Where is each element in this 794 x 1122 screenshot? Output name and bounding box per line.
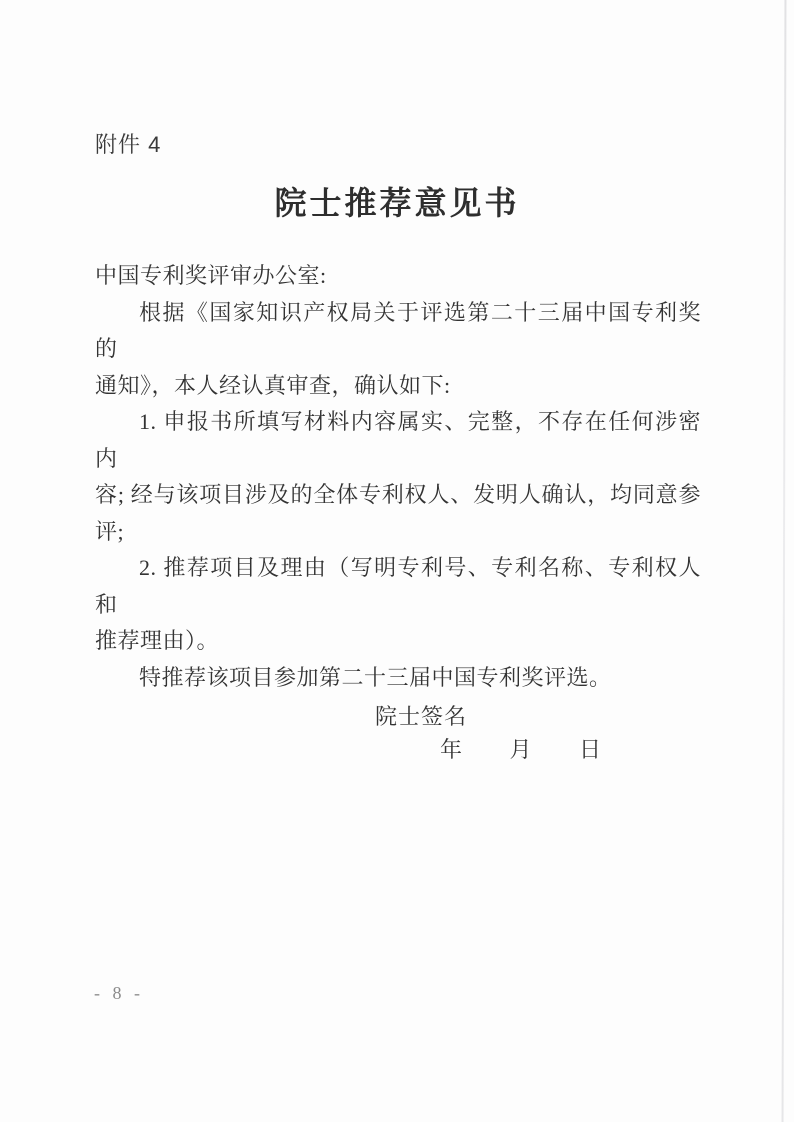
body-line: 评; — [95, 514, 701, 551]
academician-signature-label: 院士签名 — [375, 700, 467, 731]
date-line: 年 月 日 — [440, 733, 601, 764]
body-line: 特推荐该项目参加第二十三届中国专利奖评选。 — [95, 660, 701, 697]
document-body: 中国专利奖评审办公室: 根据《国家知识产权局关于评选第二十三届中国专利奖的 通知… — [95, 258, 701, 696]
scan-edge-artifact — [782, 0, 787, 1122]
day-label: 日 — [579, 733, 601, 764]
body-line: 根据《国家知识产权局关于评选第二十三届中国专利奖的 — [95, 295, 701, 368]
salutation-line: 中国专利奖评审办公室: — [95, 258, 701, 295]
body-line: 2. 推荐项目及理由（写明专利号、专利名称、专利权人和 — [95, 550, 701, 623]
body-line: 通知》，本人经认真审查，确认如下: — [95, 368, 701, 405]
document-title: 院士推荐意见书 — [0, 178, 794, 224]
year-label: 年 — [440, 733, 462, 764]
scanned-document-page: 附件 4 院士推荐意见书 中国专利奖评审办公室: 根据《国家知识产权局关于评选第… — [0, 0, 794, 1122]
body-line: 容; 经与该项目涉及的全体专利权人、发明人确认，均同意参 — [95, 477, 701, 514]
body-line: 1. 申报书所填写材料内容属实、完整，不存在任何涉密内 — [95, 404, 701, 477]
month-label: 月 — [510, 733, 532, 764]
page-number: - 8 - — [94, 983, 144, 1004]
attachment-label: 附件 4 — [95, 128, 161, 159]
body-line: 推荐理由）。 — [95, 623, 701, 660]
